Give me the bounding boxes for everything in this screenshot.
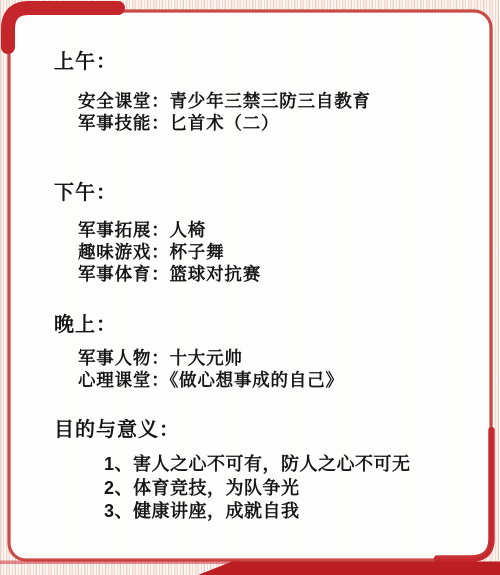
item-label: 趣味游戏： [78, 242, 170, 262]
schedule-content: 上午： 安全课堂：青少年三禁三防三自教育 军事技能：匕首术（二） 下午： 军事拓… [0, 0, 500, 575]
item-label: 军事体育： [78, 264, 170, 284]
schedule-item: 心理课堂：《做心想事成的自己》 [0, 367, 500, 392]
item-label: 心理课堂： [78, 370, 170, 390]
item-value: 篮球对抗赛 [170, 264, 262, 284]
item-label: 安全课堂： [78, 91, 170, 111]
item-value: 青少年三禁三防三自教育 [170, 91, 371, 111]
schedule-poster: 上午： 安全课堂：青少年三禁三防三自教育 军事技能：匕首术（二） 下午： 军事拓… [0, 0, 500, 575]
item-value: 《做心想事成的自己》 [170, 370, 344, 390]
item-label: 军事拓展： [78, 220, 170, 240]
schedule-item: 军事体育：篮球对抗赛 [0, 261, 500, 286]
item-label: 军事技能： [78, 113, 170, 133]
section-heading-morning: 上午： [0, 45, 500, 74]
item-value: 匕首术（二） [170, 113, 280, 133]
item-value: 十大元帅 [170, 348, 243, 368]
section-heading-afternoon: 下午： [0, 176, 500, 205]
section-heading-evening: 晚上： [0, 308, 500, 337]
purpose-list-item: 1、害人之心不可有，防人之心不可无 [0, 450, 500, 476]
item-value: 人椅 [170, 220, 207, 240]
schedule-item: 军事技能：匕首术（二） [0, 110, 500, 135]
purpose-list-item: 3、健康讲座，成就自我 [0, 497, 500, 523]
section-heading-purpose: 目的与意义： [0, 413, 500, 442]
item-value: 杯子舞 [170, 242, 225, 262]
item-label: 军事人物： [78, 348, 170, 368]
